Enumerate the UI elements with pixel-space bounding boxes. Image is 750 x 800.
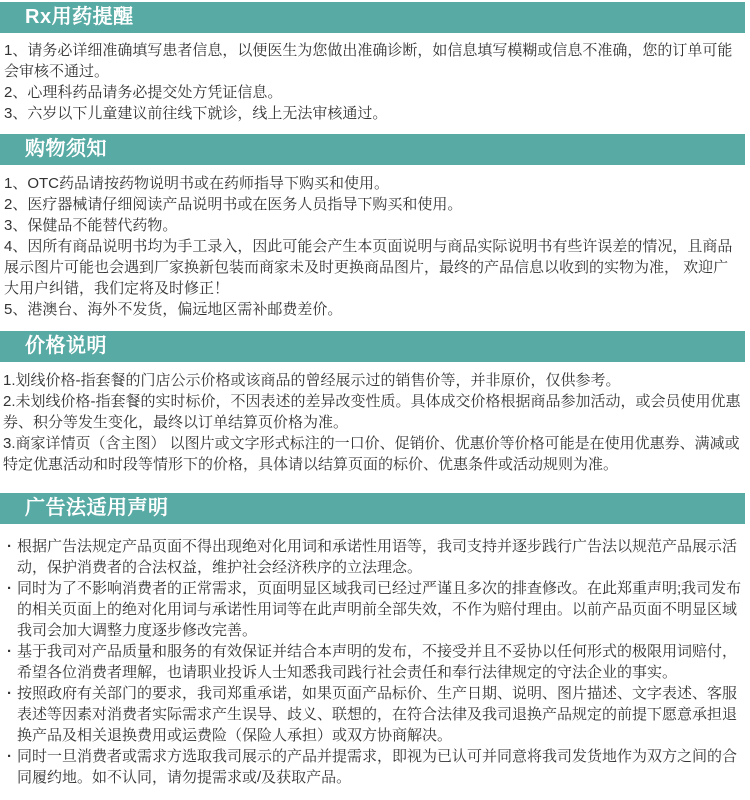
section-header: Rx用药提醒 — [0, 2, 745, 33]
section-title: 广告法适用声明 — [25, 497, 169, 519]
section-header: 购物须知 — [0, 134, 745, 165]
notice-item-text: 基于我司对产品质量和服务的有效保证并结合本声明的发布，不接受并且不妥协以任何形式… — [17, 643, 737, 681]
bullet-dot: · — [7, 746, 12, 767]
notice-item-text: 根据广告法规定产品页面不得出现绝对化用词和承诺性用语等，我司支持并逐步践行广告法… — [17, 538, 737, 576]
notice-item: 2、心理科药品请务必提交处方凭证信息。 — [4, 82, 742, 103]
notice-item: 3、六岁以下儿童建议前往线下就诊，线上无法审核通过。 — [4, 103, 742, 124]
notice-item: 2.未划线价格-指套餐的实时标价，不因表述的差异改变性质。具体成交价格根据商品参… — [3, 391, 742, 433]
notice-item-text: 同时为了不影响消费者的正常需求，页面明显区域我司已经过严谨且多次的排查修改。在此… — [17, 580, 741, 639]
bullet-dot: · — [7, 536, 12, 557]
section-title: 价格说明 — [25, 335, 107, 357]
notice-item: ·按照政府有关部门的要求，我司郑重承诺，如果页面产品标价、生产日期、说明、图片描… — [0, 683, 744, 746]
product-notice-page: Rx用药提醒 1、请务必详细准确填写患者信息，以便医生为您做出准确诊断，如信息填… — [0, 0, 750, 800]
notice-item: 3.商家详情页（含主图） 以图片或文字形式标注的一口价、促销价、优惠价等价格可能… — [3, 433, 742, 475]
section-body-price-notice: 1.划线价格-指套餐的门店公示价格或该商品的曾经展示过的销售价等，并非原价，仅供… — [0, 362, 750, 493]
section-header: 广告法适用声明 — [0, 493, 745, 524]
section-body-ad-law-statement: ·根据广告法规定产品页面不得出现绝对化用词和承诺性用语等，我司支持并逐步践行广告… — [0, 524, 750, 800]
bullet-dot: · — [7, 683, 12, 704]
section-header: 价格说明 — [0, 331, 745, 362]
section-title: 购物须知 — [25, 138, 107, 160]
notice-item-text: 同时一旦消费者或需求方选取我司展示的产品并提需求，即视为已认可并同意将我司发货地… — [17, 748, 737, 786]
notice-item: 1、请务必详细准确填写患者信息，以便医生为您做出准确诊断，如信息填写模糊或信息不… — [4, 40, 742, 82]
notice-item: 5、港澳台、海外不发货，偏远地区需补邮费差价。 — [4, 299, 742, 320]
section-body-rx-notice: 1、请务必详细准确填写患者信息，以便医生为您做出准确诊断，如信息填写模糊或信息不… — [0, 33, 750, 134]
notice-item: ·同时为了不影响消费者的正常需求，页面明显区域我司已经过严谨且多次的排查修改。在… — [0, 578, 744, 641]
section-shopping-notice: 购物须知 1、OTC药品请按药物说明书或在药师指导下购买和使用。2、医疗器械请仔… — [0, 134, 750, 331]
notice-item: 4、因所有商品说明书均为手工录入，因此可能会产生本页面说明与商品实际说明书有些许… — [4, 236, 742, 299]
section-title: Rx用药提醒 — [25, 6, 134, 28]
bullet-dot: · — [7, 578, 12, 599]
notice-item: 2、医疗器械请仔细阅读产品说明书或在医务人员指导下购买和使用。 — [4, 194, 742, 215]
notice-item: ·基于我司对产品质量和服务的有效保证并结合本声明的发布，不接受并且不妥协以任何形… — [0, 641, 744, 683]
notice-item: ·根据广告法规定产品页面不得出现绝对化用词和承诺性用语等，我司支持并逐步践行广告… — [0, 536, 744, 578]
section-rx-notice: Rx用药提醒 1、请务必详细准确填写患者信息，以便医生为您做出准确诊断，如信息填… — [0, 2, 750, 134]
bullet-dot: · — [7, 641, 12, 662]
notice-item-text: 按照政府有关部门的要求，我司郑重承诺，如果页面产品标价、生产日期、说明、图片描述… — [17, 685, 737, 744]
notice-item: 1.划线价格-指套餐的门店公示价格或该商品的曾经展示过的销售价等，并非原价，仅供… — [3, 370, 742, 391]
section-ad-law-statement: 广告法适用声明 ·根据广告法规定产品页面不得出现绝对化用词和承诺性用语等，我司支… — [0, 493, 750, 800]
section-price-notice: 价格说明 1.划线价格-指套餐的门店公示价格或该商品的曾经展示过的销售价等，并非… — [0, 331, 750, 493]
notice-item: 1、OTC药品请按药物说明书或在药师指导下购买和使用。 — [4, 173, 742, 194]
section-body-shopping-notice: 1、OTC药品请按药物说明书或在药师指导下购买和使用。2、医疗器械请仔细阅读产品… — [0, 165, 750, 331]
notice-item: 3、保健品不能替代药物。 — [4, 215, 742, 236]
notice-item: ·同时一旦消费者或需求方选取我司展示的产品并提需求，即视为已认可并同意将我司发货… — [0, 746, 744, 788]
